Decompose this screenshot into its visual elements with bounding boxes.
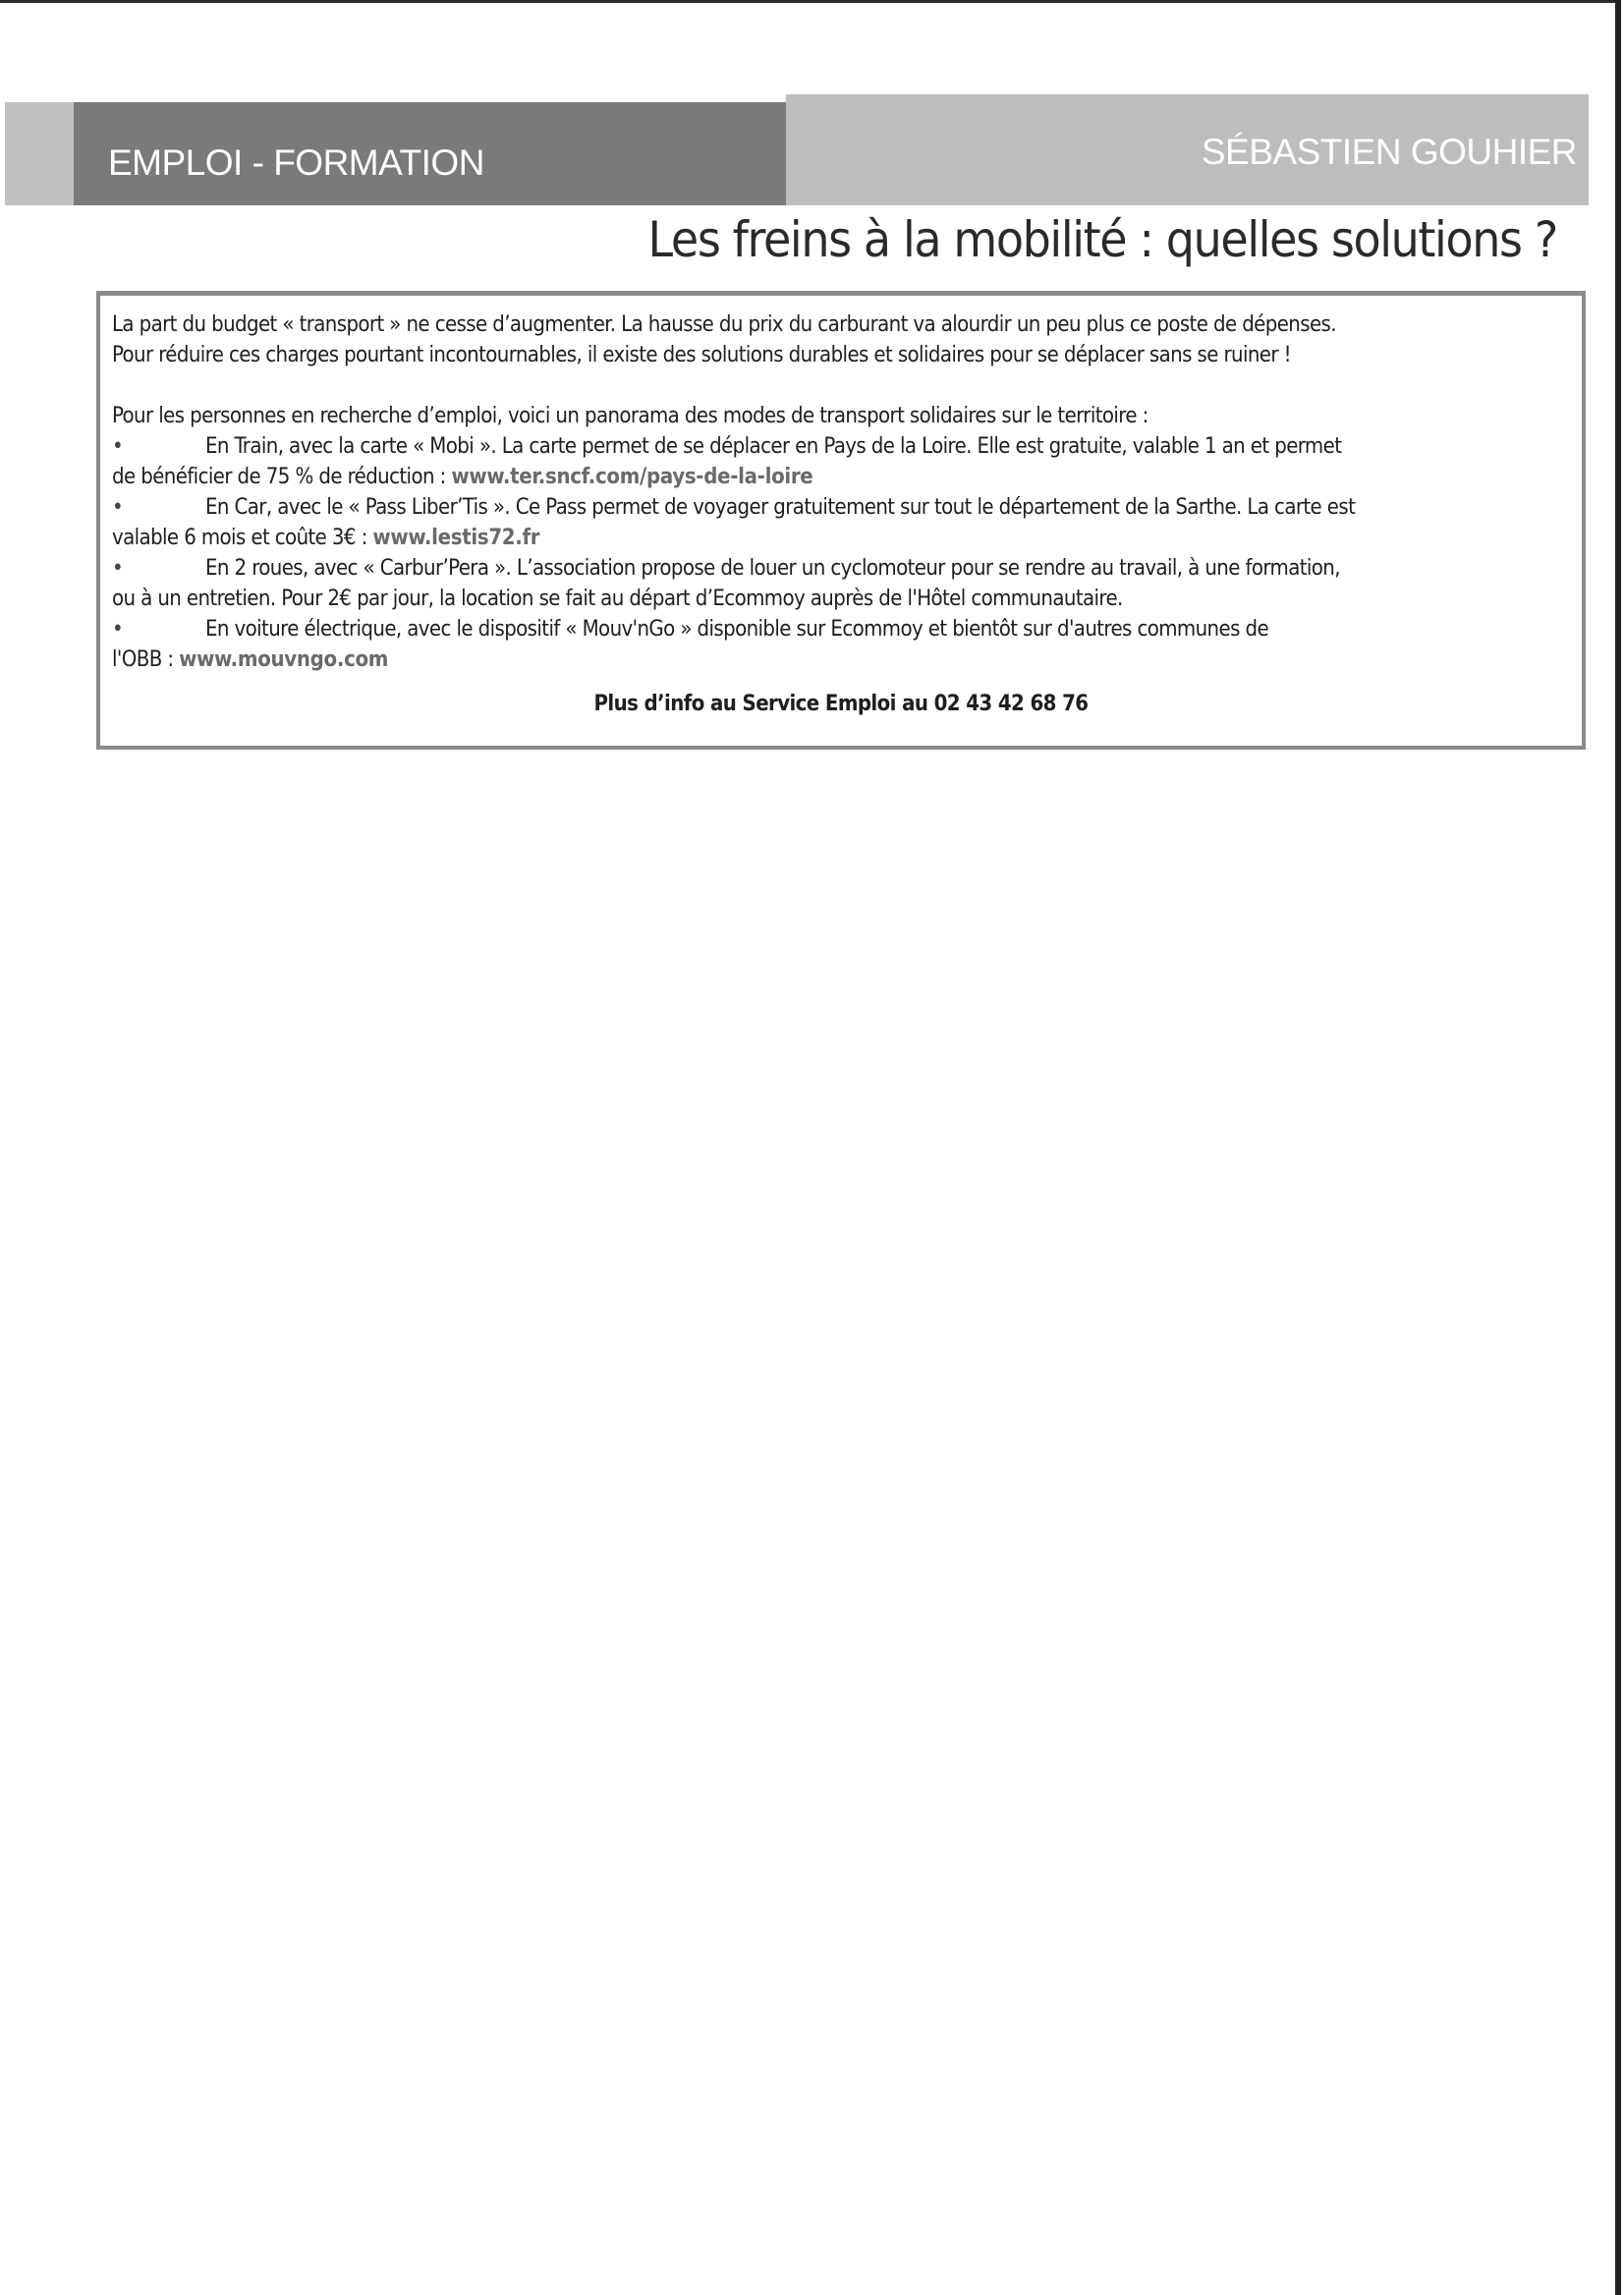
- bullet-icon: •: [112, 614, 205, 644]
- bullet-continuation: l'OBB : www.mouvngo.com: [112, 644, 1582, 675]
- section-header-band: EMPLOI - FORMATION SÉBASTIEN GOUHIER: [5, 94, 1589, 205]
- article-box: La part du budget « transport » ne cesse…: [96, 291, 1586, 750]
- bullet-continuation: valable 6 mois et coûte 3€ : www.lestis7…: [112, 523, 1582, 553]
- paragraph-gap: [112, 370, 1582, 401]
- bullet-item-electric-car: •En voiture électrique, avec le disposit…: [112, 614, 1582, 644]
- article-body: La part du budget « transport » ne cesse…: [112, 309, 1582, 675]
- scan-top-edge: [0, 0, 1624, 3]
- bullet-item-car: •En Car, avec le « Pass Liber’Tis ». Ce …: [112, 492, 1582, 523]
- bullet-text: En Train, avec la carte « Mobi ». La car…: [205, 434, 1341, 459]
- bullet-text: En voiture électrique, avec le dispositi…: [205, 617, 1268, 642]
- bullet-text: En Car, avec le « Pass Liber’Tis ». Ce P…: [205, 495, 1355, 520]
- bullet-icon: •: [112, 553, 205, 584]
- link-lestis72[interactable]: www.lestis72.fr: [372, 526, 539, 550]
- bullet-item-two-wheels: •En 2 roues, avec « Carbur’Pera ». L’ass…: [112, 553, 1582, 584]
- bullet-item-train: •En Train, avec la carte « Mobi ». La ca…: [112, 431, 1582, 462]
- contact-note: Plus d’info au Service Emploi au 02 43 4…: [100, 692, 1582, 716]
- bullet-continuation: ou à un entretien. Pour 2€ par jour, la …: [112, 584, 1582, 614]
- bullet-continuation: de bénéficier de 75 % de réduction : www…: [112, 462, 1582, 492]
- article-title: Les freins à la mobilité : quelles solut…: [648, 211, 1557, 268]
- bullet-icon: •: [112, 431, 205, 462]
- section-label: EMPLOI - FORMATION: [108, 142, 484, 184]
- bullet-text: En 2 roues, avec « Carbur’Pera ». L’asso…: [205, 556, 1340, 581]
- header-tab-accent: [5, 102, 74, 205]
- link-ter-sncf[interactable]: www.ter.sncf.com/pays-de-la-loire: [451, 465, 812, 489]
- link-mouvngo[interactable]: www.mouvngo.com: [179, 647, 388, 672]
- bullet-text: ou à un entretien. Pour 2€ par jour, la …: [112, 587, 1123, 611]
- bullet-text: valable 6 mois et coûte 3€ :: [112, 526, 372, 550]
- bullet-text: l'OBB :: [112, 647, 179, 672]
- section-label-block: EMPLOI - FORMATION: [74, 102, 786, 205]
- intro-line: Pour réduire ces charges pourtant incont…: [112, 340, 1582, 370]
- lead-line: Pour les personnes en recherche d’emploi…: [112, 401, 1582, 431]
- bullet-text: de bénéficier de 75 % de réduction :: [112, 465, 451, 489]
- intro-line: La part du budget « transport » ne cesse…: [112, 309, 1582, 340]
- author-name: SÉBASTIEN GOUHIER: [1202, 132, 1577, 173]
- author-block: SÉBASTIEN GOUHIER: [786, 94, 1589, 205]
- bullet-icon: •: [112, 492, 205, 523]
